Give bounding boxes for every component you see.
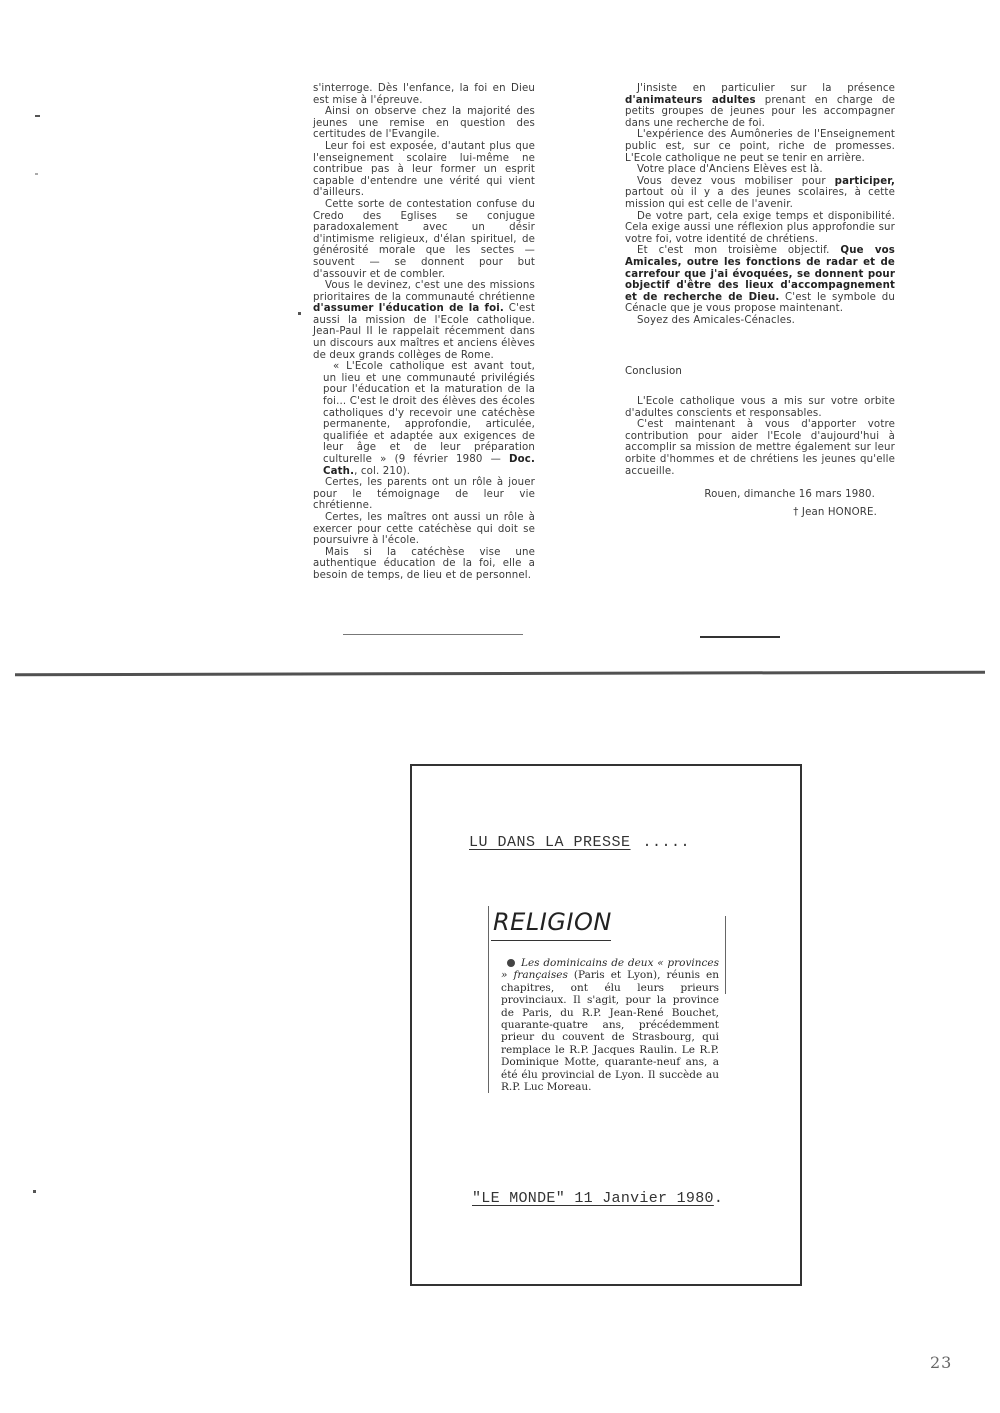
clipping-body: Les dominicains de deux « provinces » fr…	[489, 941, 727, 1093]
press-section-title: LU DANS LA PRESSE.....	[469, 834, 690, 851]
scan-speck	[35, 173, 38, 175]
bold-text: d'assumer l'éducation de la foi.	[313, 303, 504, 314]
article-left-column: s'interroge. Dès l'enfance, la foi en Di…	[313, 83, 535, 582]
source-text: "LE MONDE" 11 Janvier 1980	[472, 1190, 714, 1207]
clipping-heading: RELIGION	[489, 906, 727, 936]
text-run: partout où il y a des jeunes scolaires, …	[625, 187, 895, 210]
text-run: Et c'est mon troisième objectif.	[637, 245, 840, 256]
text-run: , col. 210).	[354, 466, 410, 477]
title-text: LU DANS LA PRESSE	[469, 834, 631, 851]
column-end-rule	[343, 634, 523, 635]
scan-speck	[298, 312, 301, 315]
paragraph: Et c'est mon troisième objectif. Que vos…	[625, 245, 895, 315]
article-right-column: J'insiste en particulier sur la présence…	[625, 83, 895, 518]
paragraph: J'insiste en particulier sur la présence…	[625, 83, 895, 129]
paragraph: Cette sorte de contestation confuse du C…	[313, 199, 535, 280]
paragraph: Vous devez vous mobiliser pour participe…	[625, 176, 895, 211]
paragraph: Soyez des Amicales-Cénacles.	[625, 315, 895, 327]
page-number: 23	[930, 1353, 952, 1372]
scan-speck	[35, 115, 40, 117]
clipping-edge	[725, 916, 726, 994]
paragraph: L'Ecole catholique vous a mis sur votre …	[625, 396, 895, 419]
paragraph: Leur foi est exposée, d'autant plus que …	[313, 141, 535, 199]
paragraph: Certes, les parents ont un rôle à jouer …	[313, 477, 535, 512]
scan-speck	[33, 1190, 36, 1193]
paragraph: Votre place d'Anciens Elèves est là.	[625, 164, 895, 176]
bullet-icon	[507, 959, 515, 967]
bold-text: participer,	[835, 176, 895, 187]
newspaper-clipping: RELIGION Les dominicains de deux « provi…	[488, 906, 727, 1093]
section-heading-conclusion: Conclusion	[625, 366, 895, 378]
bold-text: d'animateurs adultes	[625, 95, 756, 106]
press-clipping-frame: LU DANS LA PRESSE..... RELIGION Les domi…	[410, 764, 802, 1286]
quotation: « L'Ecole catholique est avant tout, un …	[313, 361, 535, 477]
source-period: .	[714, 1190, 723, 1207]
paragraph: Ainsi on observe chez la majorité des je…	[313, 106, 535, 141]
column-end-rule	[700, 636, 780, 638]
paragraph: De votre part, cela exige temps et dispo…	[625, 211, 895, 246]
paragraph: L'expérience des Aumôneries de l'Enseign…	[625, 129, 895, 164]
press-source: "LE MONDE" 11 Janvier 1980.	[472, 1190, 723, 1207]
clipping-text: (Paris et Lyon), réunis en chapitres, on…	[501, 969, 719, 1093]
text-run: J'insiste en particulier sur la présence	[637, 83, 895, 94]
paragraph: Vous le devinez, c'est une des missions …	[313, 280, 535, 361]
paragraph: Certes, les maîtres ont aussi un rôle à …	[313, 512, 535, 547]
text-run: Vous le devinez, c'est une des missions …	[313, 280, 535, 303]
text-run: Vous devez vous mobiliser pour	[637, 176, 835, 187]
paragraph: s'interroge. Dès l'enfance, la foi en Di…	[313, 83, 535, 106]
place-date: Rouen, dimanche 16 mars 1980.	[625, 489, 895, 501]
signature: † Jean HONORE.	[625, 507, 895, 519]
paragraph: C'est maintenant à vous d'apporter votre…	[625, 419, 895, 477]
page-divider-line	[15, 671, 985, 677]
title-dots: .....	[643, 834, 691, 851]
paragraph: Mais si la catéchèse vise une authentiqu…	[313, 547, 535, 582]
text-run: « L'Ecole catholique est avant tout, un …	[323, 361, 535, 465]
